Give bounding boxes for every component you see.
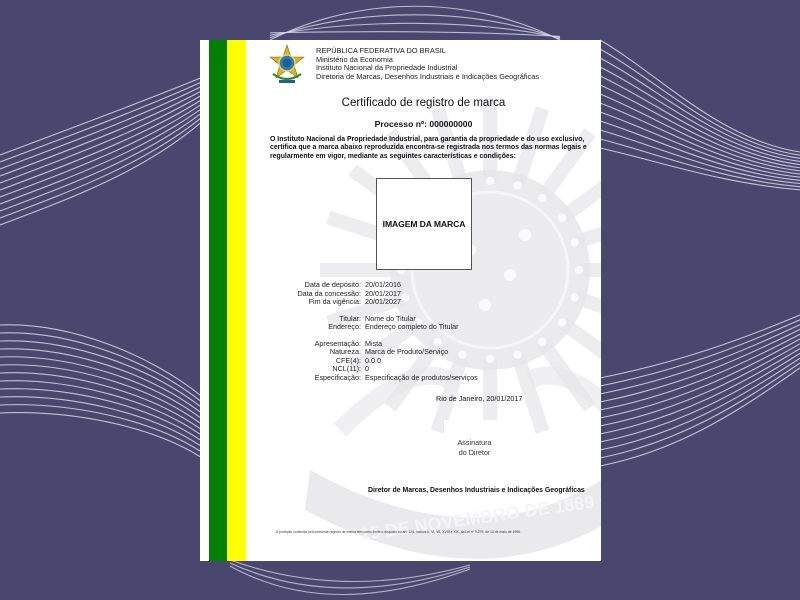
field-row-cfe: CFE(4): 0.0.0: [260, 357, 560, 366]
field-row-expiry-date: Fim da vigência: 20/01/2027: [260, 298, 560, 307]
yellow-stripe: [227, 40, 246, 561]
certificate-document: 15 DE NOVEMBRO DE 1889 · REPÚBLICA FEDER…: [200, 40, 601, 561]
header-line-directorate: Diretoria de Marcas, Desenhos Industriai…: [316, 73, 539, 82]
place-and-date: Rio de Janeiro, 20/01/2017: [436, 394, 522, 403]
certificate-title: Certificado de registro de marca: [246, 97, 601, 109]
mark-image-label: IMAGEM DA MARCA: [383, 219, 466, 229]
field-value: Endereço completo do Titular: [365, 323, 459, 332]
field-label: Endereço:: [260, 323, 365, 332]
signature-label: Assinatura do Diretor: [458, 438, 492, 458]
process-number: Processo nº: 000000000: [246, 119, 601, 129]
brazil-coat-of-arms-icon: [268, 44, 306, 86]
intro-paragraph: O Instituto Nacional da Propriedade Indu…: [270, 136, 590, 161]
field-value: Especificação de produtos/serviços: [365, 374, 478, 383]
issuer-lines: REPÚBLICA FEDERATIVA DO BRASIL Ministéri…: [316, 47, 539, 81]
document-header: REPÚBLICA FEDERATIVA DO BRASIL Ministéri…: [268, 44, 598, 88]
field-value: 20/01/2027: [365, 298, 401, 307]
mark-image-placeholder: IMAGEM DA MARCA: [376, 178, 472, 270]
registration-fields: Data de depósito: 20/01/2016 Data da con…: [260, 281, 560, 382]
field-label: Especificação:: [260, 374, 365, 383]
field-row-address: Endereço: Endereço completo do Titular: [260, 323, 560, 332]
field-row-grant-date: Data da concessão: 20/01/2017: [260, 290, 560, 299]
field-row-nature: Natureza: Marca de Produto/Serviço: [260, 348, 560, 357]
signature-placeholder: Assinatura do Diretor: [444, 420, 505, 476]
field-row-specification: Especificação: Especificação de produtos…: [260, 374, 560, 383]
legal-footnote: A proteção conferida pelo presente regis…: [276, 530, 596, 534]
director-title: Diretor de Marcas, Desenhos Industriais …: [368, 487, 585, 494]
green-stripe: [209, 40, 227, 561]
field-label: Fim da vigência:: [260, 298, 365, 307]
